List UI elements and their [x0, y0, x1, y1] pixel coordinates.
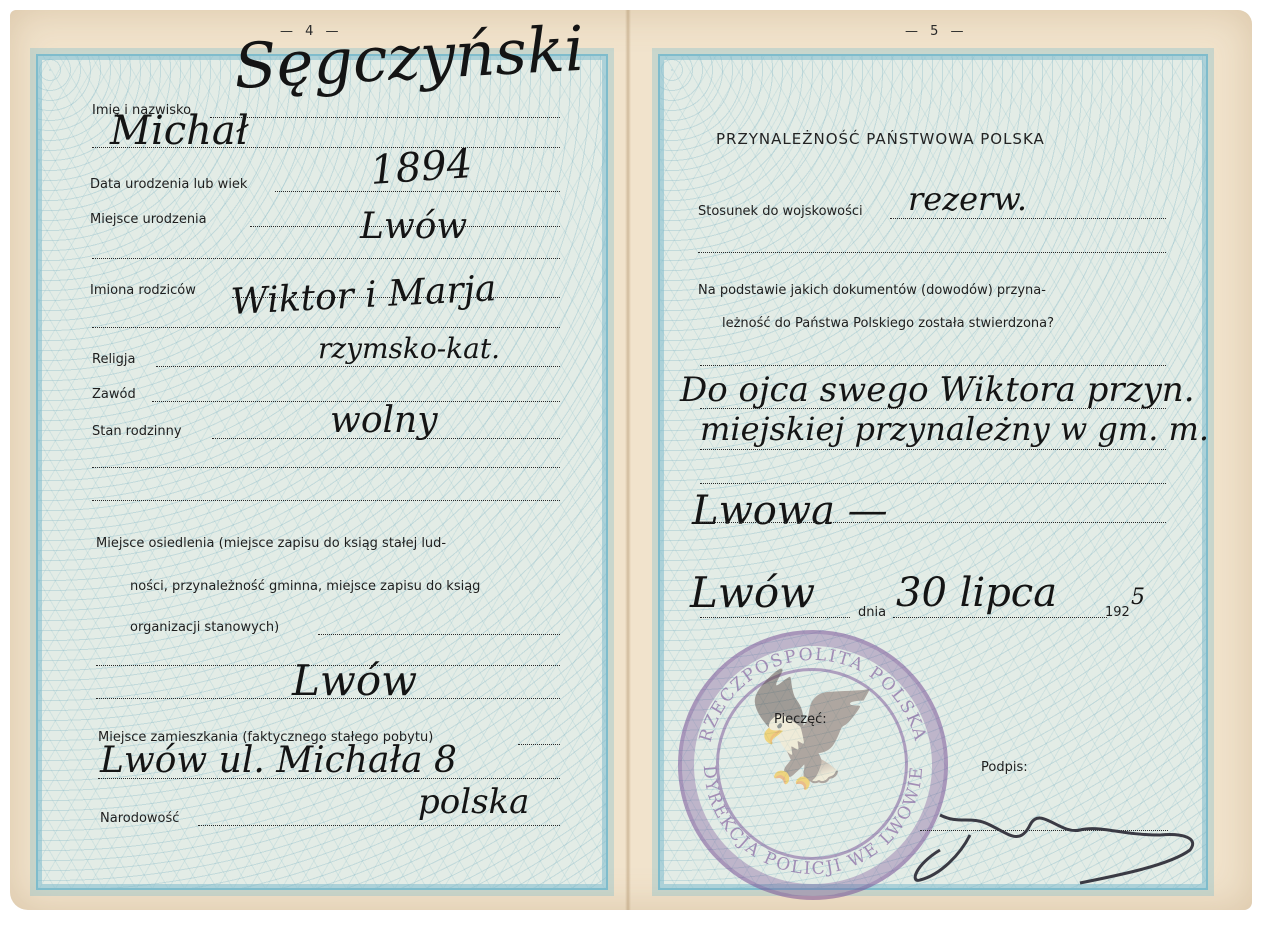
- marital-status-handwriting: wolny: [330, 400, 438, 441]
- svg-text:DYREKCJA POLICJI WE LWOWIE: DYREKCJA POLICJI WE LWOWIE: [699, 764, 927, 879]
- military-status-line: [890, 218, 1166, 219]
- documents-line-3: [700, 449, 1166, 450]
- svg-text:RZECZPOSPOLITA POLSKA: RZECZPOSPOLITA POLSKA: [696, 645, 931, 744]
- nationality-label: Narodowość: [100, 811, 179, 826]
- documents-question-2: leżność do Państwa Polskiego została stw…: [722, 316, 1054, 331]
- documents-line-5: [700, 522, 1166, 523]
- signature-label: Podpis:: [981, 760, 1028, 775]
- settlement-label-1: Miejsce osiedlenia (miejsce zapisu do ks…: [96, 536, 446, 551]
- religion-handwriting: rzymsko-kat.: [318, 332, 500, 365]
- nationality-handwriting: polska: [418, 782, 529, 822]
- documents-line-2: [700, 408, 1166, 409]
- settlement-label-3: organizacji stanowych): [130, 620, 279, 635]
- page-number-right: — 5 —: [905, 24, 968, 39]
- signature-handwriting: [900, 805, 1200, 885]
- religion-line: [156, 366, 560, 367]
- settlement-line-3: [96, 698, 560, 699]
- birth-date-label: Data urodzenia lub wiek: [90, 177, 247, 192]
- residence-line: [518, 744, 560, 745]
- military-status-label: Stosunek do wojskowości: [698, 204, 863, 219]
- birth-date-line: [275, 191, 560, 192]
- issue-place-handwriting: Lwów: [690, 568, 815, 617]
- year-suffix-handwriting: 5: [1131, 585, 1145, 610]
- date-label: dnia: [858, 605, 886, 620]
- name-line: [210, 117, 560, 118]
- parents-label: Imiona rodziców: [90, 283, 196, 298]
- issue-place-line: [700, 617, 850, 618]
- document-section-title: PRZYNALEŻNOŚĆ PAŃSTWOWA POLSKA: [716, 130, 1045, 148]
- settlement-label-2: ności, przynależność gminna, miejsce zap…: [130, 579, 480, 594]
- book-spine: [625, 10, 631, 910]
- birth-date-handwriting: 1894: [369, 141, 474, 194]
- marital-line-3: [92, 500, 560, 501]
- parents-line-2: [92, 327, 560, 328]
- firstname-handwriting: Michał: [110, 108, 249, 154]
- settlement-line: [318, 634, 560, 635]
- nationality-line: [198, 825, 560, 826]
- birthplace-handwriting: Lwów: [360, 206, 467, 247]
- marital-line-2: [92, 467, 560, 468]
- documents-answer-1: Do ojca swego Wiktora przyn.: [680, 370, 1195, 410]
- documents-question-1: Na podstawie jakich dokumentów (dowodów)…: [698, 283, 1046, 298]
- date-line: [893, 617, 1107, 618]
- seal-label: Pieczęć:: [774, 712, 827, 727]
- residence-line-2: [98, 778, 560, 779]
- documents-answer-2: miejskiej przynależny w gm. m.: [700, 410, 1209, 448]
- occupation-label: Zawód: [92, 387, 136, 402]
- birthplace-line-2: [92, 258, 560, 259]
- religion-label: Religja: [92, 352, 136, 367]
- documents-line-4: [700, 483, 1166, 484]
- birthplace-label: Miejsce urodzenia: [90, 212, 207, 227]
- marital-status-label: Stan rodzinny: [92, 424, 182, 439]
- year-prefix: 192: [1105, 605, 1130, 620]
- documents-answer-3: Lwowa —: [692, 488, 888, 534]
- military-status-handwriting: rezerw.: [908, 180, 1027, 218]
- military-line-2: [698, 252, 1166, 253]
- residence-handwriting: Lwów ul. Michała 8: [100, 740, 457, 781]
- date-handwriting: 30 lipca: [896, 570, 1057, 616]
- documents-line-1: [700, 365, 1166, 366]
